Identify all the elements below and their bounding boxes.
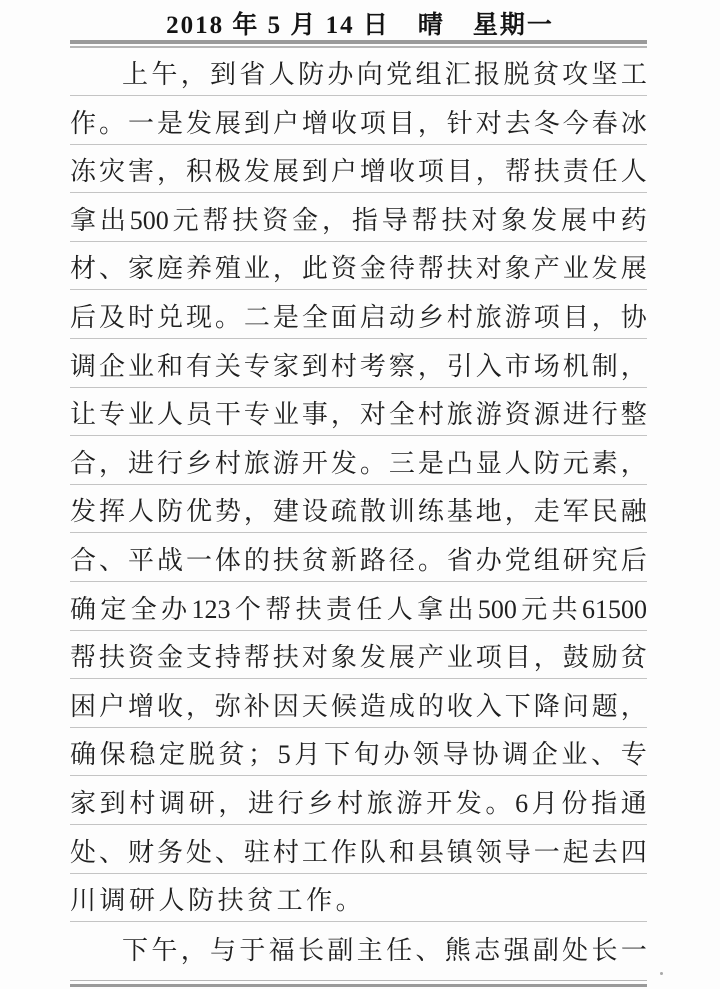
glyph: 军 bbox=[563, 499, 589, 525]
glyph: 优 bbox=[186, 499, 212, 525]
glyph: 队 bbox=[360, 840, 386, 866]
text-line-1: 上午，到省人防办向党组汇报脱贫攻坚工 bbox=[70, 48, 647, 97]
glyph: 办 bbox=[161, 597, 187, 623]
glyph: 行 bbox=[592, 402, 618, 428]
glyph: ； bbox=[248, 742, 274, 768]
divider-top bbox=[70, 40, 647, 48]
glyph: 素 bbox=[592, 451, 618, 477]
glyph: 冰 bbox=[621, 111, 647, 137]
glyph: 党 bbox=[505, 548, 531, 574]
glyph: 处 bbox=[562, 938, 588, 964]
glyph: 专 bbox=[99, 402, 125, 428]
glyph: ， bbox=[157, 159, 183, 185]
glyph: 入 bbox=[476, 354, 502, 380]
glyph: 份 bbox=[561, 791, 587, 817]
glyph: 家 bbox=[273, 354, 299, 380]
glyph: 增 bbox=[128, 694, 154, 720]
glyph: 基 bbox=[447, 499, 473, 525]
glyph: 任 bbox=[386, 938, 412, 964]
glyph: 地 bbox=[476, 499, 502, 525]
text-line-14: 困户增收，弥补因天候造成的收入下降问题， bbox=[70, 679, 647, 728]
glyph: 关 bbox=[215, 354, 241, 380]
glyph: 全 bbox=[131, 597, 157, 623]
glyph: 。 bbox=[99, 111, 125, 137]
glyph: 资 bbox=[331, 256, 357, 282]
glyph: 村 bbox=[418, 402, 444, 428]
glyph: 进 bbox=[248, 791, 274, 817]
glyph: 志 bbox=[474, 938, 500, 964]
glyph: 户 bbox=[99, 694, 125, 720]
glyph: 收 bbox=[331, 111, 357, 137]
glyph: ， bbox=[592, 305, 618, 331]
glyph: 。 bbox=[485, 791, 511, 817]
glyph: 因 bbox=[273, 694, 299, 720]
glyph: 弥 bbox=[215, 694, 241, 720]
glyph: 天 bbox=[302, 694, 328, 720]
glyph: 励 bbox=[592, 645, 618, 671]
glyph: 村 bbox=[215, 451, 241, 477]
text-line-19: 下午，与于福长副主任、熊志强副处长一 bbox=[70, 922, 647, 971]
glyph: 游 bbox=[396, 791, 422, 817]
glyph: ， bbox=[186, 694, 212, 720]
text-line-7: 调企业和有关专家到村考察，引入市场机制， bbox=[70, 339, 647, 388]
glyph: 责 bbox=[563, 159, 589, 185]
glyph: 。 bbox=[215, 305, 241, 331]
glyph: 项 bbox=[360, 111, 386, 137]
glyph: 办 bbox=[327, 62, 353, 88]
glyph: 让 bbox=[70, 402, 96, 428]
glyph: 长 bbox=[592, 938, 618, 964]
glyph: 攻 bbox=[562, 62, 588, 88]
glyph: 灾 bbox=[99, 159, 125, 185]
glyph: 人 bbox=[387, 597, 413, 623]
glyph: 月 bbox=[532, 791, 558, 817]
glyph: 定 bbox=[100, 597, 126, 623]
glyph: 业 bbox=[128, 354, 154, 380]
glyph: 福 bbox=[269, 938, 295, 964]
glyph: 对 bbox=[476, 256, 502, 282]
glyph: 扶 bbox=[447, 256, 473, 282]
glyph: 扶 bbox=[441, 208, 467, 234]
glyph: 冬 bbox=[534, 111, 560, 137]
glyph: 办 bbox=[476, 548, 502, 574]
glyph: 考 bbox=[360, 354, 386, 380]
glyph: 冻 bbox=[70, 159, 96, 185]
glyph: 训 bbox=[389, 499, 415, 525]
glyph: 任 bbox=[356, 597, 382, 623]
glyph: 动 bbox=[389, 305, 415, 331]
glyph: 家 bbox=[70, 791, 96, 817]
glyph: 村 bbox=[337, 791, 363, 817]
glyph: 展 bbox=[389, 645, 415, 671]
glyph: ， bbox=[418, 354, 444, 380]
glyph: 药 bbox=[621, 208, 647, 234]
glyph: 导 bbox=[443, 742, 469, 768]
glyph: 资 bbox=[262, 208, 288, 234]
glyph: ， bbox=[505, 499, 531, 525]
glyph: 元 bbox=[521, 597, 547, 623]
glyph: ， bbox=[621, 451, 647, 477]
glyph: 展 bbox=[621, 256, 647, 282]
glyph: ， bbox=[418, 111, 444, 137]
glyph: 调 bbox=[502, 742, 528, 768]
glyph: 业 bbox=[447, 645, 473, 671]
glyph: 专 bbox=[244, 402, 270, 428]
glyph: 家 bbox=[128, 256, 154, 282]
glyph: 研 bbox=[563, 548, 589, 574]
glyph: ， bbox=[99, 451, 125, 477]
glyph: 项 bbox=[476, 645, 502, 671]
glyph: 防 bbox=[157, 499, 183, 525]
glyph: 的 bbox=[418, 694, 444, 720]
glyph: 察 bbox=[389, 354, 415, 380]
glyph: 春 bbox=[592, 111, 618, 137]
glyph: 脱 bbox=[503, 62, 529, 88]
glyph: 走 bbox=[534, 499, 560, 525]
glyph: 候 bbox=[331, 694, 357, 720]
glyph: 与 bbox=[210, 938, 236, 964]
glyph: 势 bbox=[215, 499, 241, 525]
glyph: 人 bbox=[269, 62, 295, 88]
glyph: 扶 bbox=[232, 208, 258, 234]
glyph: 定 bbox=[159, 742, 185, 768]
glyph: 村 bbox=[331, 354, 357, 380]
glyph: 待 bbox=[389, 256, 415, 282]
glyph: 发 bbox=[456, 791, 482, 817]
glyph: 凸 bbox=[447, 451, 473, 477]
glyph: ， bbox=[322, 208, 348, 234]
glyph: 扶 bbox=[99, 645, 125, 671]
glyph: 现 bbox=[186, 305, 212, 331]
glyph: 任 bbox=[592, 159, 618, 185]
glyph: 川 bbox=[70, 888, 96, 914]
glyph: 是 bbox=[157, 111, 183, 137]
glyph: ， bbox=[244, 499, 270, 525]
glyph: 一 bbox=[186, 548, 212, 574]
glyph: 全 bbox=[302, 305, 328, 331]
glyph: 于 bbox=[239, 938, 265, 964]
glyph: 组 bbox=[534, 548, 560, 574]
glyph: 共 bbox=[552, 597, 578, 623]
text-line-8: 让专业人员干专业事，对全村旅游资源进行整 bbox=[70, 388, 647, 437]
glyph: 帮 bbox=[265, 597, 291, 623]
glyph: 象 bbox=[331, 645, 357, 671]
glyph: 设 bbox=[302, 499, 328, 525]
glyph: 游 bbox=[505, 305, 531, 331]
glyph: 庭 bbox=[157, 256, 183, 282]
glyph: 村 bbox=[273, 840, 299, 866]
glyph: 平 bbox=[128, 548, 154, 574]
glyph: 象 bbox=[505, 256, 531, 282]
glyph: 帮 bbox=[412, 208, 438, 234]
glyph: 造 bbox=[360, 694, 386, 720]
text-line-4: 拿出500元帮扶资金，指导帮扶对象发展中药 bbox=[70, 193, 647, 242]
glyph: 稳 bbox=[129, 742, 155, 768]
glyph: 汇 bbox=[445, 62, 471, 88]
glyph: 游 bbox=[476, 402, 502, 428]
glyph: 贫 bbox=[218, 742, 244, 768]
text-line-15: 确保稳定脱贫；5月下旬办领导协调企业、专 bbox=[70, 728, 647, 777]
glyph: 一 bbox=[534, 840, 560, 866]
glyph: 、 bbox=[415, 938, 441, 964]
glyph: 产 bbox=[534, 256, 560, 282]
glyph: 。 bbox=[336, 888, 362, 914]
glyph: 目 bbox=[505, 645, 531, 671]
glyph: 起 bbox=[563, 840, 589, 866]
glyph: 项 bbox=[534, 305, 560, 331]
glyph: 展 bbox=[273, 159, 299, 185]
glyph: 行 bbox=[157, 451, 183, 477]
scan-speck bbox=[660, 972, 663, 975]
glyph: 市 bbox=[505, 354, 531, 380]
glyph: 。 bbox=[360, 451, 386, 477]
glyph: 作 bbox=[331, 840, 357, 866]
glyph: 通 bbox=[621, 791, 647, 817]
glyph: 指 bbox=[352, 208, 378, 234]
glyph: 养 bbox=[186, 256, 212, 282]
glyph: 上 bbox=[122, 62, 148, 88]
glyph: 降 bbox=[534, 694, 560, 720]
glyph: 发 bbox=[531, 208, 557, 234]
glyph: 是 bbox=[273, 305, 299, 331]
glyph: 题 bbox=[592, 694, 618, 720]
glyph: 到 bbox=[302, 354, 328, 380]
glyph: 对 bbox=[476, 111, 502, 137]
glyph: 业 bbox=[273, 402, 299, 428]
glyph: 人 bbox=[621, 159, 647, 185]
glyph: 全 bbox=[389, 402, 415, 428]
glyph: 月 bbox=[294, 742, 320, 768]
glyph: 处 bbox=[70, 840, 96, 866]
glyph: 有 bbox=[186, 354, 212, 380]
glyph: 调 bbox=[159, 791, 185, 817]
glyph: 收 bbox=[389, 159, 415, 185]
diary-header: 2018 年 5 月 14 日 晴 星期一 bbox=[0, 7, 720, 39]
text-line-18: 川调研人防扶贫工作。 bbox=[70, 874, 647, 923]
glyph: 此 bbox=[302, 256, 328, 282]
glyph: 到 bbox=[302, 159, 328, 185]
glyph: 午 bbox=[151, 62, 177, 88]
glyph: 对 bbox=[302, 645, 328, 671]
glyph: ， bbox=[218, 791, 244, 817]
glyph: 和 bbox=[157, 354, 183, 380]
glyph: 副 bbox=[533, 938, 559, 964]
glyph: 入 bbox=[476, 694, 502, 720]
glyph: 防 bbox=[534, 451, 560, 477]
glyph: 到 bbox=[244, 111, 270, 137]
glyph: 进 bbox=[128, 451, 154, 477]
glyph: 兑 bbox=[157, 305, 183, 331]
glyph: 是 bbox=[418, 451, 444, 477]
text-line-6: 后及时兑现。二是全面启动乡村旅游项目，协 bbox=[70, 290, 647, 339]
glyph: 旬 bbox=[354, 742, 380, 768]
glyph: 、 bbox=[99, 256, 125, 282]
glyph: 元 bbox=[173, 208, 199, 234]
text-line-3: 冻灾害，积极发展到户增收项目，帮扶责任人 bbox=[70, 145, 647, 194]
glyph: 人 bbox=[505, 451, 531, 477]
glyph: 建 bbox=[273, 499, 299, 525]
glyph: 扶 bbox=[273, 645, 299, 671]
glyph: 导 bbox=[505, 840, 531, 866]
glyph: 防 bbox=[188, 888, 214, 914]
glyph: 省 bbox=[239, 62, 265, 88]
glyph: 专 bbox=[621, 742, 647, 768]
glyph: 合 bbox=[70, 451, 96, 477]
glyph: 散 bbox=[360, 499, 386, 525]
glyph: 坚 bbox=[592, 62, 618, 88]
glyph: 开 bbox=[426, 791, 452, 817]
glyph: 收 bbox=[157, 694, 183, 720]
glyph: 办 bbox=[383, 742, 409, 768]
glyph: 午 bbox=[151, 938, 177, 964]
glyph: 去 bbox=[505, 111, 531, 137]
glyph: 资 bbox=[128, 645, 154, 671]
glyph: 出 bbox=[100, 208, 126, 234]
glyph: 进 bbox=[563, 402, 589, 428]
glyph: 扶 bbox=[296, 597, 322, 623]
glyph: 专 bbox=[244, 354, 270, 380]
glyph: 党 bbox=[386, 62, 412, 88]
glyph: 旅 bbox=[367, 791, 393, 817]
glyph: 拿 bbox=[417, 597, 443, 623]
glyph: 处 bbox=[186, 840, 212, 866]
glyph: 对 bbox=[471, 208, 497, 234]
glyph: 出 bbox=[447, 597, 473, 623]
glyph: 帮 bbox=[70, 645, 96, 671]
glyph: 乡 bbox=[186, 451, 212, 477]
glyph: 旅 bbox=[476, 305, 502, 331]
header-weather: 晴 bbox=[418, 5, 445, 41]
glyph: 研 bbox=[189, 791, 215, 817]
glyph: 困 bbox=[70, 694, 96, 720]
glyph: 支 bbox=[186, 645, 212, 671]
glyph: 鼓 bbox=[563, 645, 589, 671]
glyph: 作 bbox=[70, 111, 96, 137]
text-line-13: 帮扶资金支持帮扶对象发展产业项目，鼓励贫 bbox=[70, 631, 647, 680]
glyph: 贫 bbox=[247, 888, 273, 914]
glyph: 、 bbox=[215, 840, 241, 866]
glyph: 显 bbox=[476, 451, 502, 477]
glyph: 增 bbox=[302, 111, 328, 137]
glyph: 人 bbox=[159, 888, 185, 914]
glyph: ， bbox=[621, 694, 647, 720]
glyph: 游 bbox=[273, 451, 299, 477]
glyph: 融 bbox=[621, 499, 647, 525]
glyph: 扶 bbox=[218, 888, 244, 914]
glyph: 到 bbox=[100, 791, 126, 817]
glyph: 干 bbox=[215, 402, 241, 428]
glyph: 协 bbox=[472, 742, 498, 768]
glyph: 5 bbox=[278, 742, 291, 768]
glyph: ， bbox=[476, 159, 502, 185]
glyph: 责 bbox=[326, 597, 352, 623]
glyph: 报 bbox=[474, 62, 500, 88]
glyph: 脱 bbox=[189, 742, 215, 768]
glyph: ， bbox=[181, 62, 207, 88]
glyph: 疏 bbox=[331, 499, 357, 525]
glyph: 合 bbox=[70, 548, 96, 574]
glyph: 主 bbox=[357, 938, 383, 964]
glyph: 下 bbox=[324, 742, 350, 768]
glyph: 成 bbox=[389, 694, 415, 720]
glyph: 项 bbox=[418, 159, 444, 185]
glyph: 行 bbox=[278, 791, 304, 817]
glyph: 象 bbox=[501, 208, 527, 234]
text-line-16: 家到村调研，进行乡村旅游开发。6月份指通 bbox=[70, 776, 647, 825]
glyph: 中 bbox=[591, 208, 617, 234]
glyph: 个 bbox=[235, 597, 261, 623]
glyph: 长 bbox=[298, 938, 324, 964]
glyph: 61500 bbox=[582, 597, 647, 623]
glyph: 资 bbox=[505, 402, 531, 428]
glyph: 帮 bbox=[202, 208, 228, 234]
glyph: 金 bbox=[157, 645, 183, 671]
glyph: 财 bbox=[128, 840, 154, 866]
glyph: ， bbox=[273, 256, 299, 282]
glyph: ， bbox=[621, 354, 647, 380]
glyph: 究 bbox=[592, 548, 618, 574]
glyph: 工 bbox=[621, 62, 647, 88]
glyph: 领 bbox=[476, 840, 502, 866]
glyph: 帮 bbox=[505, 159, 531, 185]
glyph: 启 bbox=[360, 305, 386, 331]
glyph: 新 bbox=[331, 548, 357, 574]
glyph: 副 bbox=[327, 938, 353, 964]
glyph: 县 bbox=[418, 840, 444, 866]
glyph: 战 bbox=[157, 548, 183, 574]
glyph: 目 bbox=[389, 111, 415, 137]
glyph: 驻 bbox=[244, 840, 270, 866]
glyph: 时 bbox=[128, 305, 154, 331]
glyph: 作 bbox=[306, 888, 332, 914]
text-line-12: 确定全办123个帮扶责任人拿出500元共61500 bbox=[70, 582, 647, 631]
glyph: 保 bbox=[100, 742, 126, 768]
glyph: 发 bbox=[331, 451, 357, 477]
glyph: 一 bbox=[621, 938, 647, 964]
glyph: 业 bbox=[128, 402, 154, 428]
glyph: 确 bbox=[70, 597, 96, 623]
glyph: 研 bbox=[129, 888, 155, 914]
glyph: 问 bbox=[563, 694, 589, 720]
glyph: 、 bbox=[99, 840, 125, 866]
glyph: 和 bbox=[389, 840, 415, 866]
glyph: 引 bbox=[447, 354, 473, 380]
glyph: 熊 bbox=[445, 938, 471, 964]
glyph: 拿 bbox=[70, 208, 96, 234]
glyph: 针 bbox=[447, 111, 473, 137]
glyph: 企 bbox=[99, 354, 125, 380]
glyph: 面 bbox=[331, 305, 357, 331]
glyph: 导 bbox=[382, 208, 408, 234]
glyph: 村 bbox=[447, 305, 473, 331]
glyph: 去 bbox=[592, 840, 618, 866]
glyph: 业 bbox=[563, 256, 589, 282]
glyph: 500 bbox=[478, 597, 517, 623]
glyph: 旅 bbox=[244, 451, 270, 477]
header-date: 2018 年 5 月 14 日 bbox=[166, 5, 390, 41]
glyph: 积 bbox=[186, 159, 212, 185]
glyph: 挥 bbox=[99, 499, 125, 525]
glyph: 500 bbox=[130, 208, 169, 234]
text-line-17: 处、财务处、驻村工作队和县镇领导一起去四 bbox=[70, 825, 647, 874]
glyph: 下 bbox=[122, 938, 148, 964]
header-weekday: 星期一 bbox=[473, 5, 554, 41]
glyph: 工 bbox=[277, 888, 303, 914]
glyph: 人 bbox=[157, 402, 183, 428]
glyph: 领 bbox=[413, 742, 439, 768]
glyph: 务 bbox=[157, 840, 183, 866]
glyph: 路 bbox=[360, 548, 386, 574]
